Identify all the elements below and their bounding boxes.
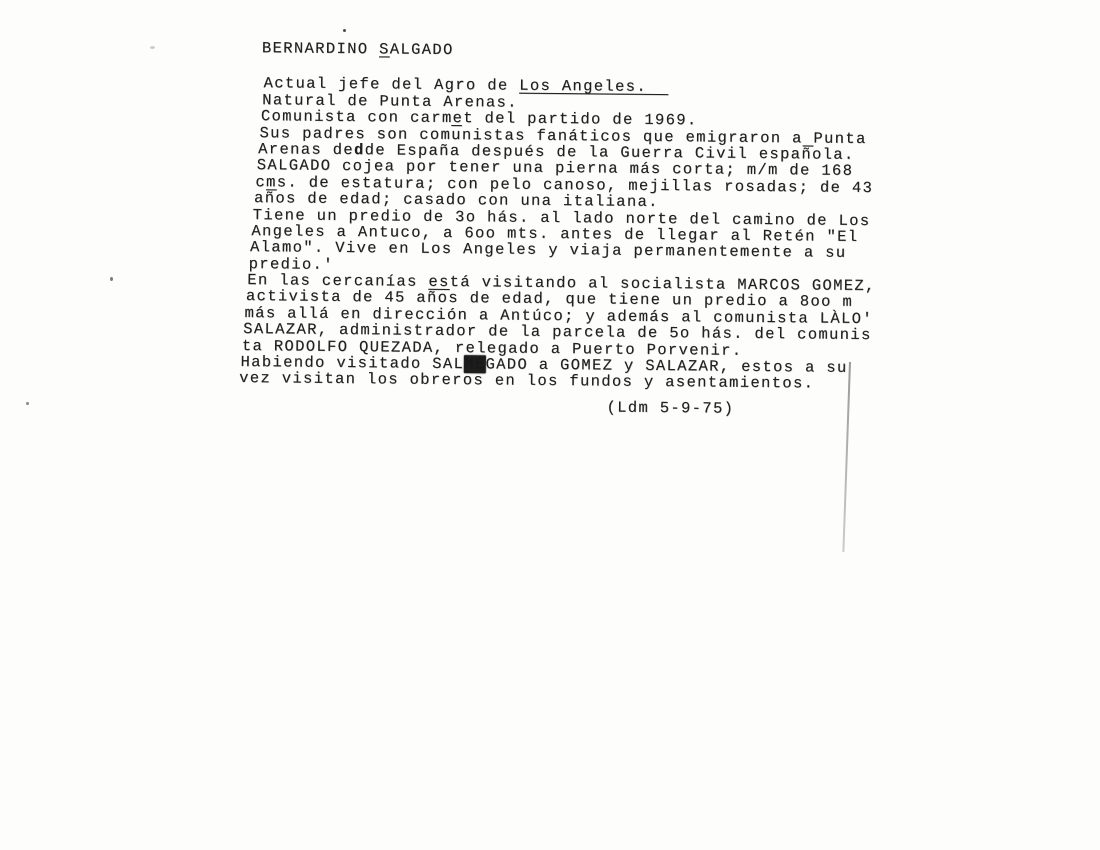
text-segment: S — [379, 40, 390, 58]
ink-speck — [110, 277, 113, 281]
text-segment: BERNARDINO — [262, 39, 379, 58]
ink-speck — [150, 46, 155, 49]
text-segment: c — [255, 173, 266, 191]
text-segment: m — [266, 173, 277, 191]
signature-line: (Ldm 5-9-75) — [606, 399, 938, 419]
document-body: Actual jefe del Agro de Los Angeles. Nat… — [239, 75, 942, 393]
ink-speck — [26, 402, 29, 405]
document-title: BERNARDINO SALGADO — [262, 40, 942, 63]
text-segment: u — [451, 126, 462, 144]
scanned-document: BERNARDINO SALGADO Actual jefe del Agro … — [238, 40, 942, 419]
ink-speck — [343, 29, 346, 32]
text-segment: ALGADO — [390, 40, 454, 59]
text-segment: Los Angeles. — [519, 77, 668, 96]
text-segment — [803, 129, 814, 147]
scanned-page: BERNARDINO SALGADO Actual jefe del Agro … — [0, 0, 1100, 850]
text-segment: d — [354, 141, 365, 159]
